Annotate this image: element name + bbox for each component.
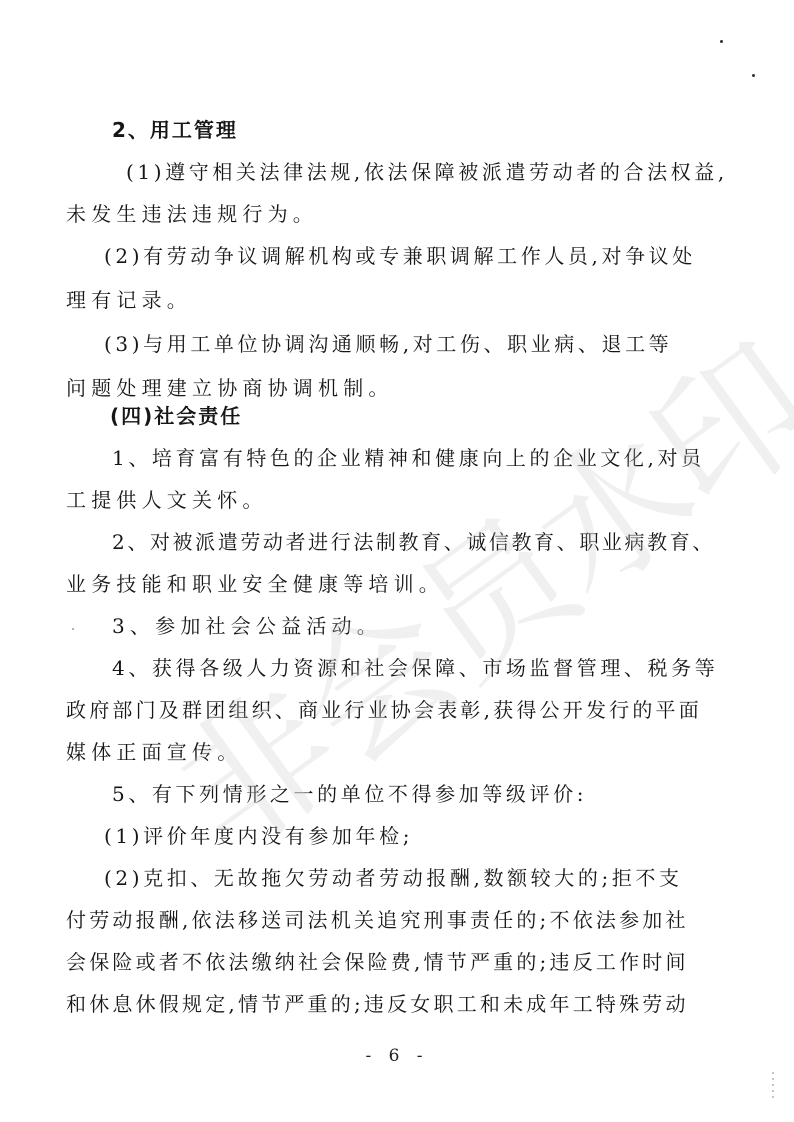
scan-edge-artifact [772, 1072, 774, 1102]
paragraph-line: 付劳动报酬,依法移送司法机关追究刑事责任的;不依法参加社 [66, 908, 689, 932]
paragraph-line: 政府部门及群团组织、商业行业协会表彰,获得公开发行的平面 [66, 698, 702, 722]
paragraph-line: 工提供人文关怀。 [66, 488, 268, 512]
scan-speck [72, 628, 74, 630]
section-heading-social-responsibility: (四)社会责任 [110, 404, 242, 428]
scan-speck [720, 40, 723, 43]
paragraph-line: 4、获得各级人力资源和社会保障、市场监督管理、税务等 [112, 656, 718, 680]
paragraph-line: 和休息休假规定,情节严重的;违反女职工和未成年工特殊劳动 [66, 992, 689, 1016]
paragraph-line: (2)克扣、无故拖欠劳动者劳动报酬,数额较大的;拒不支 [104, 866, 683, 890]
paragraph-line: 5、有下列情形之一的单位不得参加等级评价: [112, 782, 587, 806]
paragraph-line: 业务技能和职业安全健康等培训。 [66, 572, 444, 596]
paragraph-line: 理有记录。 [66, 288, 192, 312]
paragraph-line: (2)有劳动争议调解机构或专兼职调解工作人员,对争议处 [104, 244, 696, 268]
paragraph-line: 媒体正面宣传。 [66, 740, 242, 764]
paragraph-line: 1、培育富有特色的企业精神和健康向上的企业文化,对员 [112, 446, 705, 470]
paragraph-line: 会保险或者不依法缴纳社会保险费,情节严重的;违反工作时间 [66, 950, 689, 974]
paragraph-line: 未发生违法违规行为。 [66, 202, 318, 226]
paragraph-line: 2、对被派遣劳动者进行法制教育、诚信教育、职业病教育、 [112, 530, 715, 554]
page-number: - 6 - [0, 1046, 794, 1066]
document-page: 2、用工管理 (1)遵守相关法律法规,依法保障被派遣劳动者的合法权益, 未发生违… [0, 0, 794, 1122]
paragraph-line: 3、参加社会公益活动。 [112, 614, 382, 638]
section-heading-employment-management: 2、用工管理 [112, 118, 238, 142]
paragraph-line: 问题处理建立协商协调机制。 [66, 376, 394, 400]
paragraph-line: (3)与用工单位协调沟通顺畅,对工伤、职业病、退工等 [104, 332, 672, 356]
paragraph-line: (1)评价年度内没有参加年检; [104, 824, 413, 848]
paragraph-line: (1)遵守相关法律法规,依法保障被派遣劳动者的合法权益, [126, 160, 728, 184]
scan-speck [752, 74, 755, 77]
